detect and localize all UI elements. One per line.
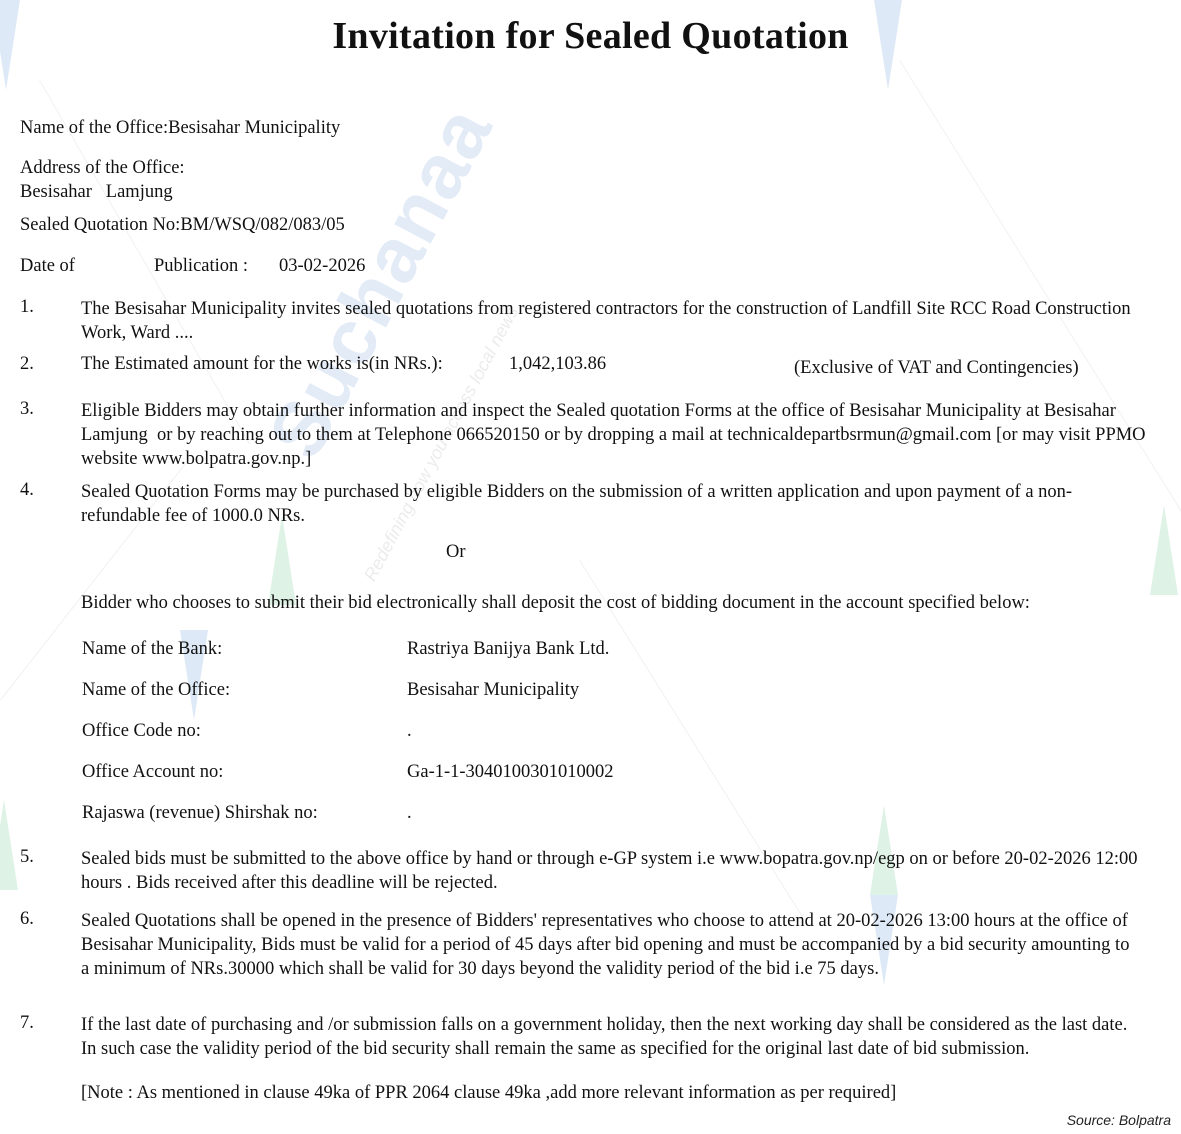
bank-detail-value: Rastriya Banijya Bank Ltd.: [407, 639, 609, 660]
bank-detail-label: Name of the Office:: [82, 680, 230, 701]
clause-number: 7.: [20, 1013, 34, 1034]
clause-6-text: Sealed Quotations shall be opened in the…: [81, 909, 1141, 981]
page-title: Invitation for Sealed Quotation: [0, 14, 1181, 58]
quotation-no-line: Sealed Quotation No:BM/WSQ/082/083/05: [20, 215, 345, 236]
bank-detail-label: Rajaswa (revenue) Shirshak no:: [82, 803, 318, 824]
address-label: Address of the Office:: [20, 158, 185, 179]
electronic-intro: Bidder who chooses to submit their bid e…: [81, 593, 1030, 614]
source-credit: Source: Bolpatra: [1067, 1112, 1171, 1128]
quotation-no-label: Sealed Quotation No:: [20, 215, 180, 235]
clause-2-text: The Estimated amount for the works is(in…: [81, 354, 443, 375]
bank-detail-label: Office Account no:: [82, 762, 223, 783]
clause-1-text: The Besisahar Municipality invites seale…: [81, 297, 1141, 345]
bank-detail-value: .: [407, 721, 412, 742]
clause-7-text: If the last date of purchasing and /or s…: [81, 1013, 1141, 1061]
clause-number: 6.: [20, 909, 34, 930]
estimated-amount: 1,042,103.86: [509, 354, 606, 375]
amount-note: (Exclusive of VAT and Contingencies): [794, 358, 1079, 379]
bank-detail-value: Besisahar Municipality: [407, 680, 579, 701]
date-label-part1: Date of: [20, 256, 75, 277]
document: Invitation for Sealed Quotation Name of …: [0, 0, 1181, 1134]
clause-number: 1.: [20, 297, 34, 318]
publication-date: 03-02-2026: [279, 256, 365, 277]
bank-detail-value: Ga-1-1-3040100301010002: [407, 762, 614, 783]
clause-number: 3.: [20, 399, 34, 420]
office-name-label: Name of the Office:: [20, 118, 168, 138]
clause-number: 5.: [20, 847, 34, 868]
clause-number: 2.: [20, 354, 34, 375]
date-label-part2: Publication :: [154, 256, 248, 277]
clause-5-text: Sealed bids must be submitted to the abo…: [81, 847, 1141, 895]
office-name-line: Name of the Office:Besisahar Municipalit…: [20, 118, 340, 139]
quotation-no-value: BM/WSQ/082/083/05: [180, 215, 344, 235]
or-text: Or: [446, 542, 466, 563]
bank-detail-value: .: [407, 803, 412, 824]
clause-3-text: Eligible Bidders may obtain further info…: [81, 399, 1151, 471]
address-value: Besisahar Lamjung: [20, 182, 173, 203]
clause-7-note: [Note : As mentioned in clause 49ka of P…: [81, 1083, 896, 1104]
office-name-value: Besisahar Municipality: [168, 118, 340, 138]
clause-number: 4.: [20, 480, 34, 501]
bank-detail-label: Office Code no:: [82, 721, 201, 742]
clause-4-text: Sealed Quotation Forms may be purchased …: [81, 480, 1141, 528]
bank-detail-label: Name of the Bank:: [82, 639, 222, 660]
